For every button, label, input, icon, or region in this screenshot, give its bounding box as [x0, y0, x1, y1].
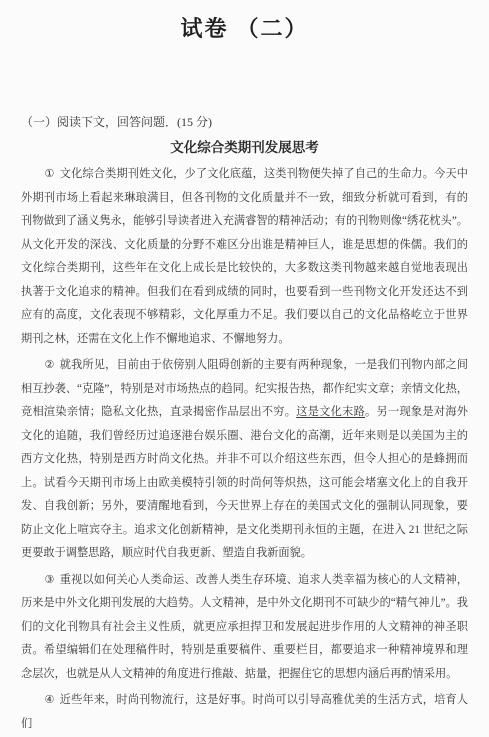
paragraph-3-marker: ③	[45, 574, 55, 586]
paragraph-4-marker: ④	[45, 694, 55, 706]
paragraph-2: ②就我所见，目前由于依傍别人阻碍创新的主要有两种现象，一是我们刊物内部之间相互抄…	[21, 354, 468, 566]
paragraph-1: ①文化综合类期刊姓文化，少了文化底蕴，这类刊物便失掉了自己的生命力。今天中外期刊…	[21, 163, 468, 351]
exam-paper-page: 试卷 （二） （一）阅读下文，回答问题．(15 分) 文化综合类期刊发展思考 ①…	[0, 0, 489, 737]
article-title: 文化综合类期刊发展思考	[0, 138, 489, 158]
paragraph-3-text: 重视以如何关心人类命运、改善人类生存环境、追求人类幸福为核心的人文精神，历来是中…	[21, 574, 468, 680]
article-body: ①文化综合类期刊姓文化，少了文化底蕴，这类刊物便失掉了自己的生命力。今天中外期刊…	[21, 163, 468, 736]
section-instruction: （一）阅读下文，回答问题．(15 分)	[21, 113, 468, 131]
paragraph-2-marker: ②	[45, 359, 55, 371]
paragraph-1-marker: ①	[45, 168, 55, 180]
paragraph-4-text: 近些年来，时尚刊物流行，这是好事。时尚可以引导高雅优美的生活方式，培育人们	[21, 694, 468, 730]
paragraph-3: ③重视以如何关心人类命运、改善人类生存环境、追求人类幸福为核心的人文精神，历来是…	[21, 569, 468, 687]
paragraph-4: ④近些年来，时尚刊物流行，这是好事。时尚可以引导高雅优美的生活方式，培育人们	[21, 689, 468, 736]
paragraph-1-text: 文化综合类期刊姓文化，少了文化底蕴，这类刊物便失掉了自己的生命力。今天中外期刊市…	[21, 168, 468, 345]
paragraph-2-text-post: 。另一现象是对海外文化的追随，我们曾经历过追逐港台娱乐圈、港台文化的高潮，近年来…	[21, 406, 468, 559]
underlined-phrase: 这是文化末路	[296, 406, 365, 418]
exam-title: 试卷 （二）	[0, 0, 489, 44]
